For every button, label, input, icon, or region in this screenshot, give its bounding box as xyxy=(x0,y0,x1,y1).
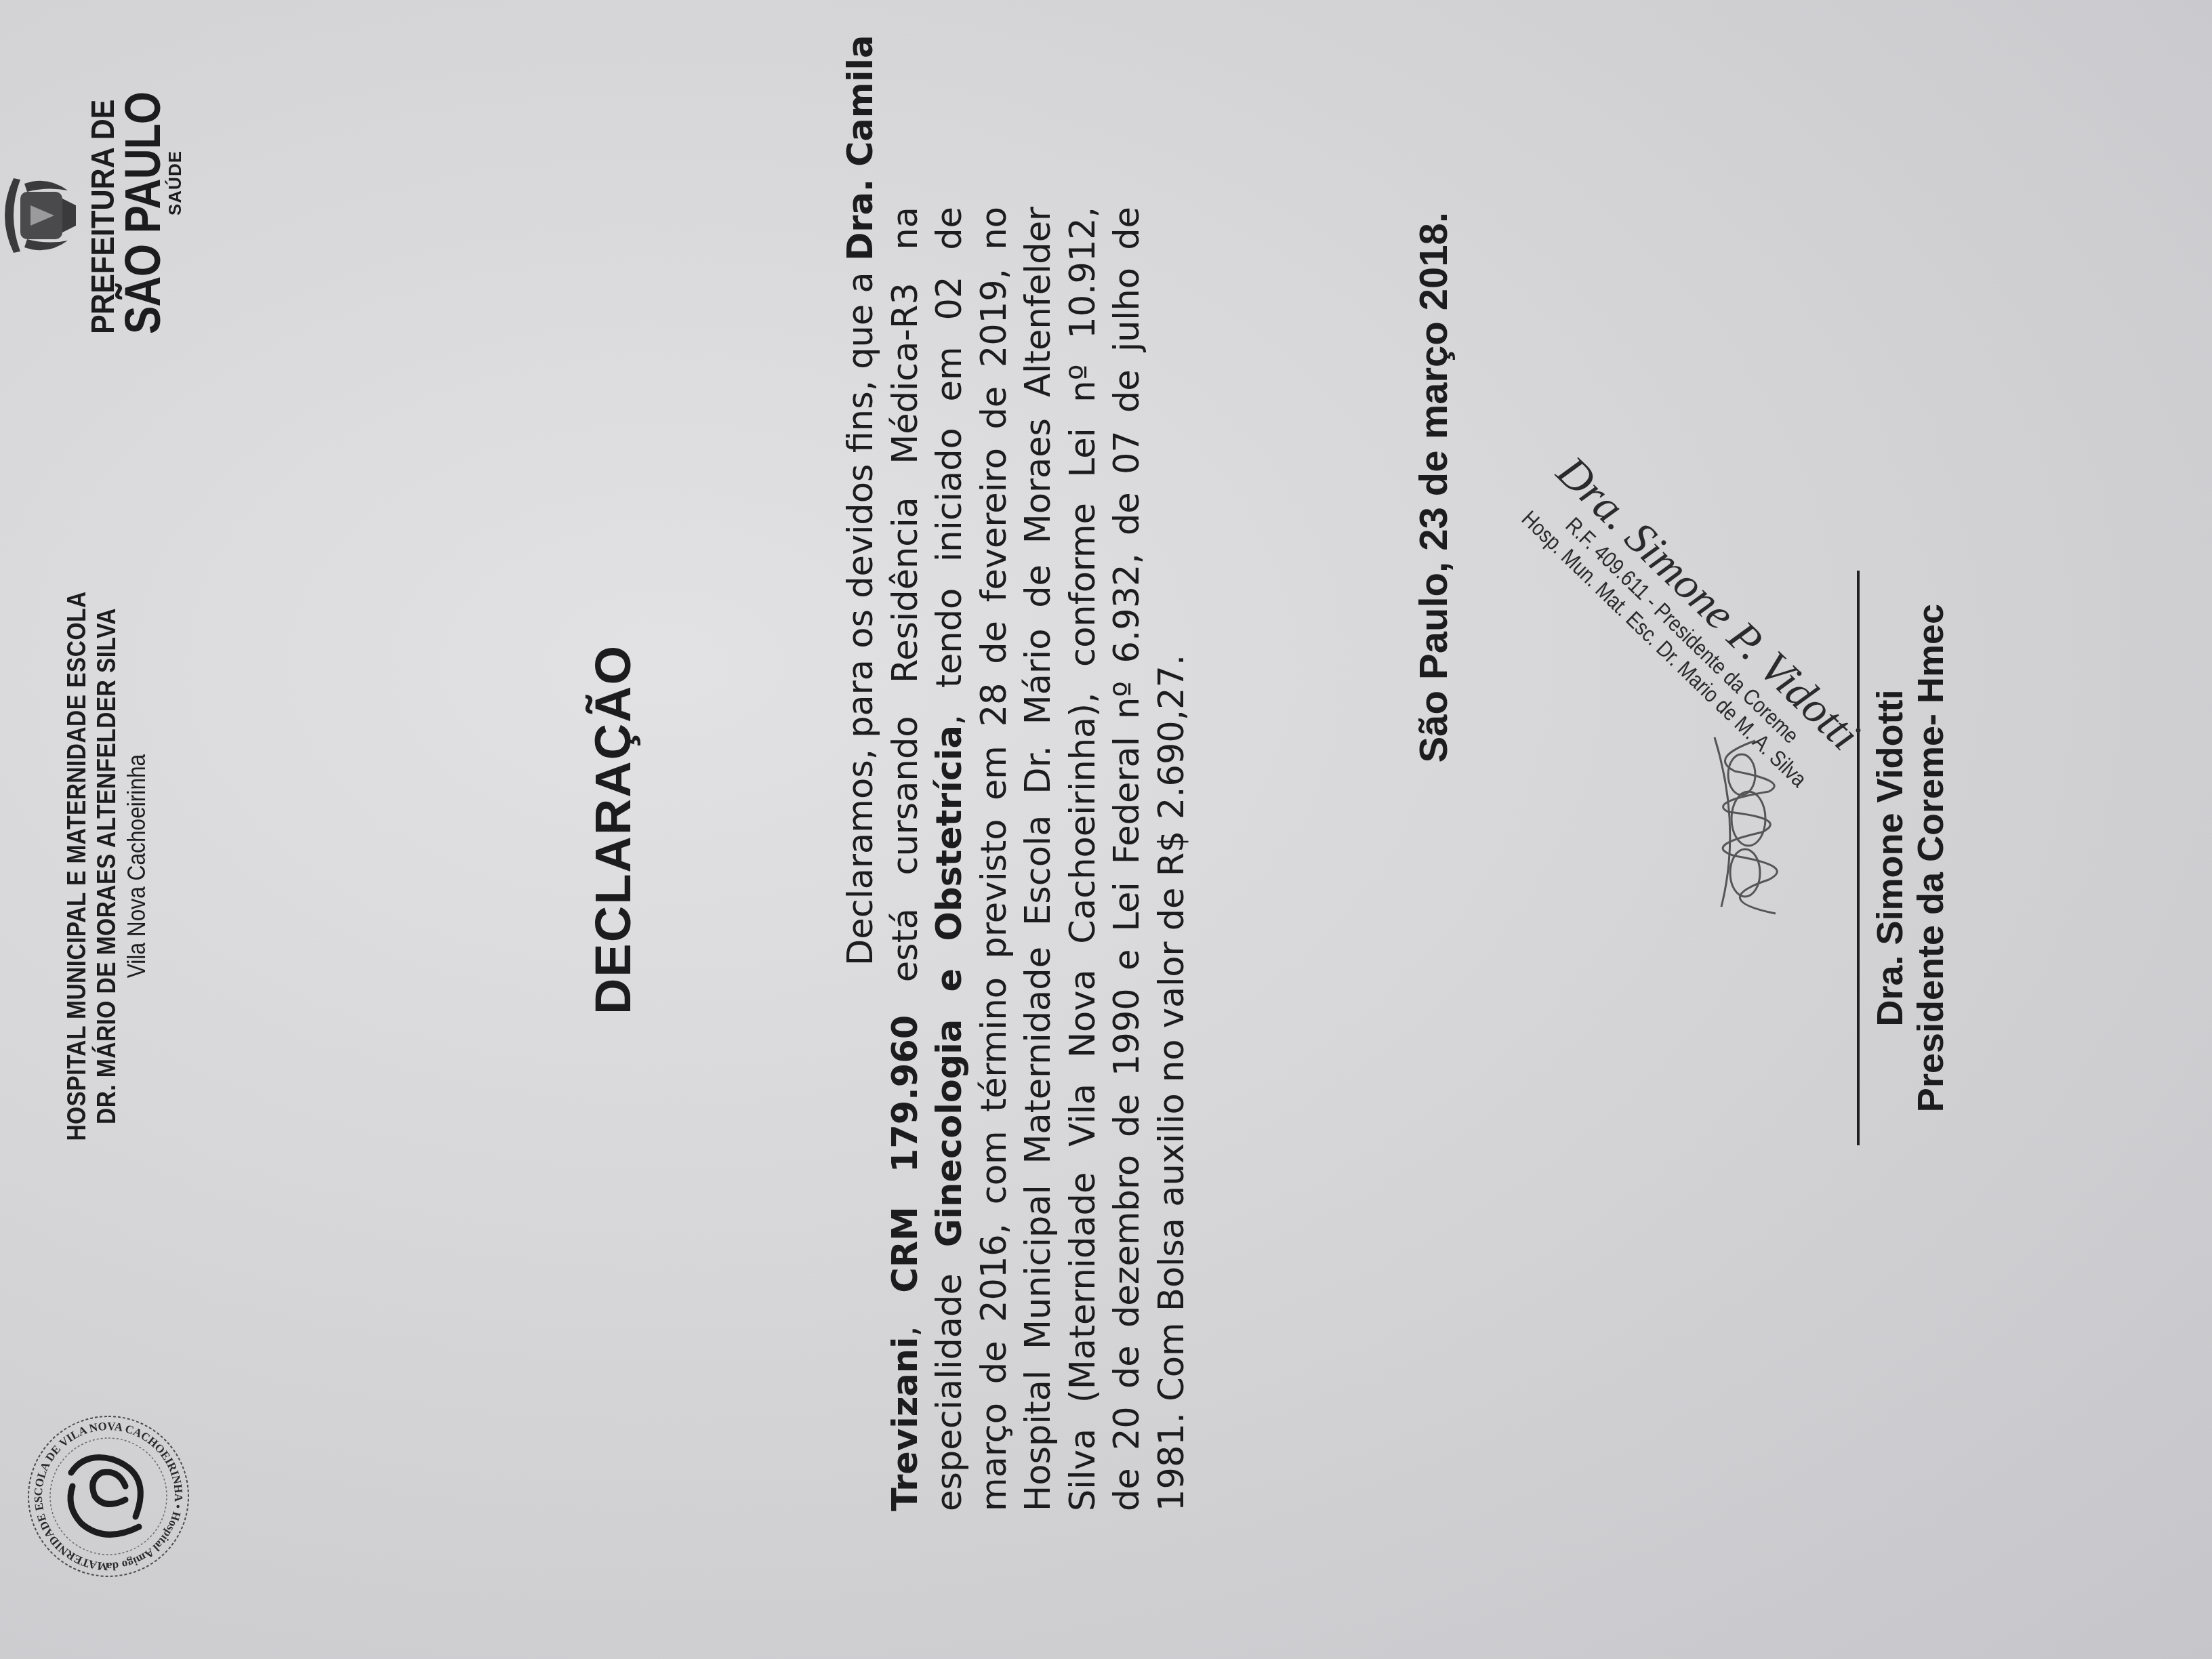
document-title: DECLARAÇÃO xyxy=(584,0,642,1659)
body-text: 1981. Com Bolsa auxilio no valor de R$ 2… xyxy=(1152,655,1192,1511)
body-line: 1981. Com Bolsa auxilio no valor de R$ 2… xyxy=(1150,207,1195,1511)
official-stamp: Dra. Simone P. Vidotti R.F. 409.611 - Pr… xyxy=(1470,407,1910,837)
signatory-role: Presidente da Coreme- Hmec xyxy=(1910,571,1952,1145)
body-line: Hospital Municipal Maternidade Escola Dr… xyxy=(1017,207,1061,1511)
body-line: março de 2016, com término previsto em 2… xyxy=(972,207,1017,1511)
declaration-page: PREFEITURA DE SÃO PAULO SAÚDE HOSPITAL M… xyxy=(0,0,2212,1659)
hospital-header: HOSPITAL MUNICIPAL E MATERNIDADE ESCOLA … xyxy=(62,493,152,1239)
emphasized-text: Trevizani xyxy=(886,1336,926,1511)
signature-line xyxy=(1857,571,1860,1145)
body-text: está cursando Residência Médica-R3 na xyxy=(886,207,926,1015)
body-line: de 20 de dezembro de 1990 e Lei Federal … xyxy=(1105,207,1150,1511)
body-line: Declaramos, para os devidos fins, que a … xyxy=(839,207,884,1511)
emphasized-text: CRM 179.960 xyxy=(886,1015,926,1293)
stamp-registration: R.F. 409.611 - Presidente da Coreme xyxy=(1516,469,1849,792)
body-text: Hospital Municipal Maternidade Escola Dr… xyxy=(1019,207,1059,1511)
body-text: Declaramos, para os devidos fins, que a xyxy=(841,261,881,966)
body-line: Silva (Maternidade Vila Nova Cachoeirinh… xyxy=(1061,207,1106,1511)
city-name: SÃO PAULO xyxy=(121,123,165,334)
hospital-name-line1: HOSPITAL MUNICIPAL E MATERNIDADE ESCOLA xyxy=(62,546,92,1187)
body-text: Silva (Maternidade Vila Nova Cachoeirinh… xyxy=(1063,207,1103,1511)
emphasized-text: Ginecologia e Obstetrícia xyxy=(930,725,970,1247)
mother-and-child-logo-icon: MATERNIDADE ESCOLA DE VILA NOVA CACHOEIR… xyxy=(24,1412,193,1581)
emphasized-text: Dra. Camila xyxy=(841,35,881,261)
body-text: , xyxy=(886,1293,926,1337)
prefeitura-logo: PREFEITURA DE SÃO PAULO SAÚDE xyxy=(87,83,184,334)
body-text: março de 2016, com término previsto em 2… xyxy=(975,207,1015,1511)
body-line: especialidade Ginecologia e Obstetrícia,… xyxy=(928,207,972,1511)
hospital-neighborhood: Vila Nova Cachoeirinha xyxy=(122,538,152,1194)
body-text: especialidade xyxy=(930,1247,970,1511)
photo-background: PREFEITURA DE SÃO PAULO SAÚDE HOSPITAL M… xyxy=(0,0,2212,1659)
body-line: Trevizani, CRM 179.960 está cursando Res… xyxy=(884,207,928,1511)
declaration-body: Declaramos, para os devidos fins, que a … xyxy=(839,207,1194,1511)
hospital-name-line2: DR. MÁRIO DE MORAES ALTENFELDER SILVA xyxy=(92,546,122,1187)
body-text: , tendo iniciado em 02 de xyxy=(930,207,970,725)
signatory-name: Dra. Simone Vidotti xyxy=(1869,571,1911,1145)
body-text: de 20 de dezembro de 1990 e Lei Federal … xyxy=(1107,207,1147,1511)
coat-of-arms-icon xyxy=(0,171,80,260)
date-line: São Paulo, 23 de março 2018. xyxy=(1411,212,1456,846)
